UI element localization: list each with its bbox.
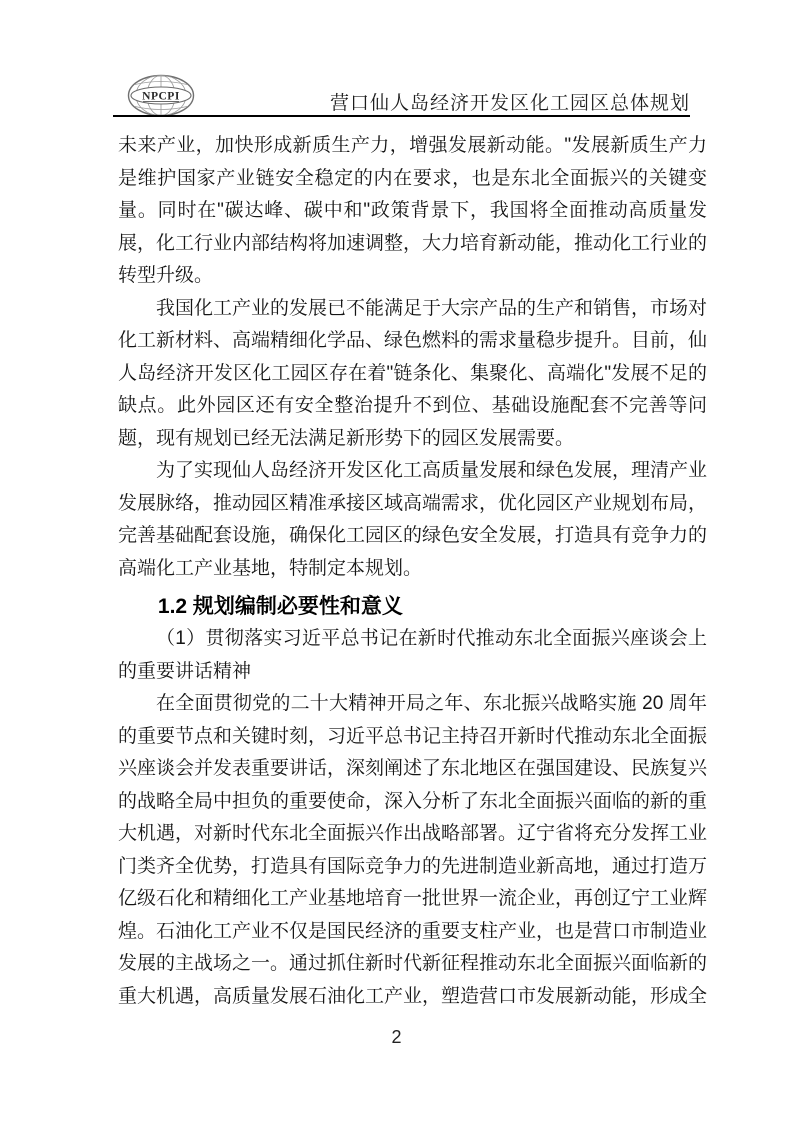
document-body: 未来产业，加快形成新质生产力，增强发展新动能。"发展新质生产力是维护国家产业链安… — [118, 130, 707, 1013]
document-page: NPCPI 营口仙人岛经济开发区化工园区总体规划 未来产业，加快形成新质生产力，… — [0, 0, 793, 1122]
paragraph: 在全面贯彻党的二十大精神开局之年、东北振兴战略实施 20 周年的重要节点和关键时… — [118, 688, 707, 1013]
logo-text: NPCPI — [142, 91, 180, 103]
section-heading-1-2: 1.2 规划编制必要性和意义 — [118, 590, 707, 623]
header-rule — [113, 115, 690, 117]
header-document-title: 营口仙人岛经济开发区化工园区总体规划 — [330, 88, 690, 115]
paragraph-subpoint-1: （1）贯彻落实习近平总书记在新时代推动东北全面振兴座谈会上的重要讲话精神 — [118, 623, 707, 688]
page-number: 2 — [0, 1027, 793, 1048]
paragraph: 为了实现仙人岛经济开发区化工高质量发展和绿色发展，理清产业发展脉络，推动园区精准… — [118, 455, 707, 585]
paragraph-continuation: 未来产业，加快形成新质生产力，增强发展新动能。"发展新质生产力是维护国家产业链安… — [118, 130, 707, 293]
npcpi-globe-logo-icon: NPCPI — [127, 74, 195, 117]
paragraph: 我国化工产业的发展已不能满足于大宗产品的生产和销售，市场对化工新材料、高端精细化… — [118, 293, 707, 456]
